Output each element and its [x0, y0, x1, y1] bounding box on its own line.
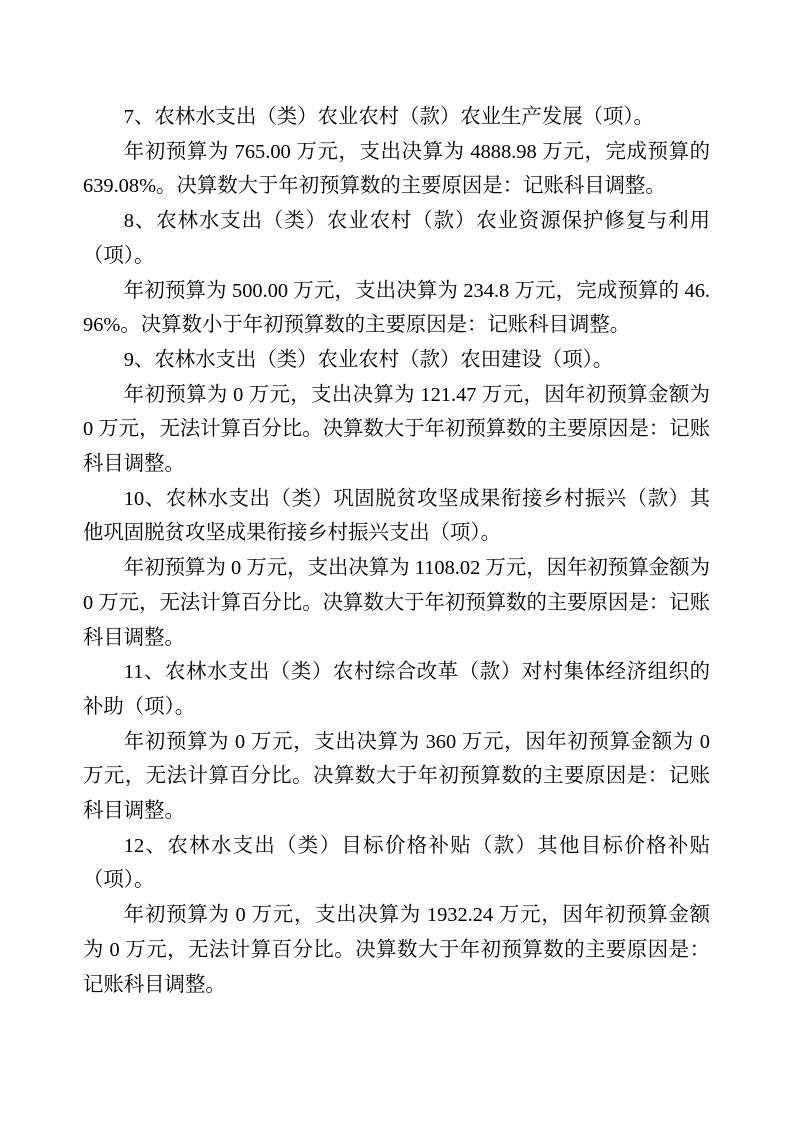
item-8-detail: 年初预算为 500.00 万元，支出决算为 234.8 万元，完成预算的 46.… [83, 274, 710, 343]
item-8-heading: 8、农林水支出（类）农业农村（款）农业资源保护修复与利用（项）。 [83, 204, 710, 273]
item-11-heading: 11、农林水支出（类）农村综合改革（款）对村集体经济组织的补助（项）。 [83, 655, 710, 724]
document-body: 7、农林水支出（类）农业农村（款）农业生产发展（项）。 年初预算为 765.00… [83, 100, 710, 1002]
item-12-detail: 年初预算为 0 万元，支出决算为 1932.24 万元，因年初预算金额为 0 万… [83, 898, 710, 1002]
item-12-heading: 12、农林水支出（类）目标价格补贴（款）其他目标价格补贴（项）。 [83, 829, 710, 898]
item-9-detail: 年初预算为 0 万元，支出决算为 121.47 万元，因年初预算金额为 0 万元… [83, 378, 710, 482]
document-page: 7、农林水支出（类）农业农村（款）农业生产发展（项）。 年初预算为 765.00… [0, 0, 793, 1122]
item-7-heading: 7、农林水支出（类）农业农村（款）农业生产发展（项）。 [83, 100, 710, 135]
item-10-detail: 年初预算为 0 万元，支出决算为 1108.02 万元，因年初预算金额为 0 万… [83, 551, 710, 655]
item-11-detail: 年初预算为 0 万元，支出决算为 360 万元，因年初预算金额为 0 万元，无法… [83, 725, 710, 829]
item-7-detail: 年初预算为 765.00 万元，支出决算为 4888.98 万元，完成预算的 6… [83, 135, 710, 204]
item-9-heading: 9、农林水支出（类）农业农村（款）农田建设（项）。 [83, 343, 710, 378]
item-10-heading: 10、农林水支出（类）巩固脱贫攻坚成果衔接乡村振兴（款）其他巩固脱贫攻坚成果衔接… [83, 482, 710, 551]
